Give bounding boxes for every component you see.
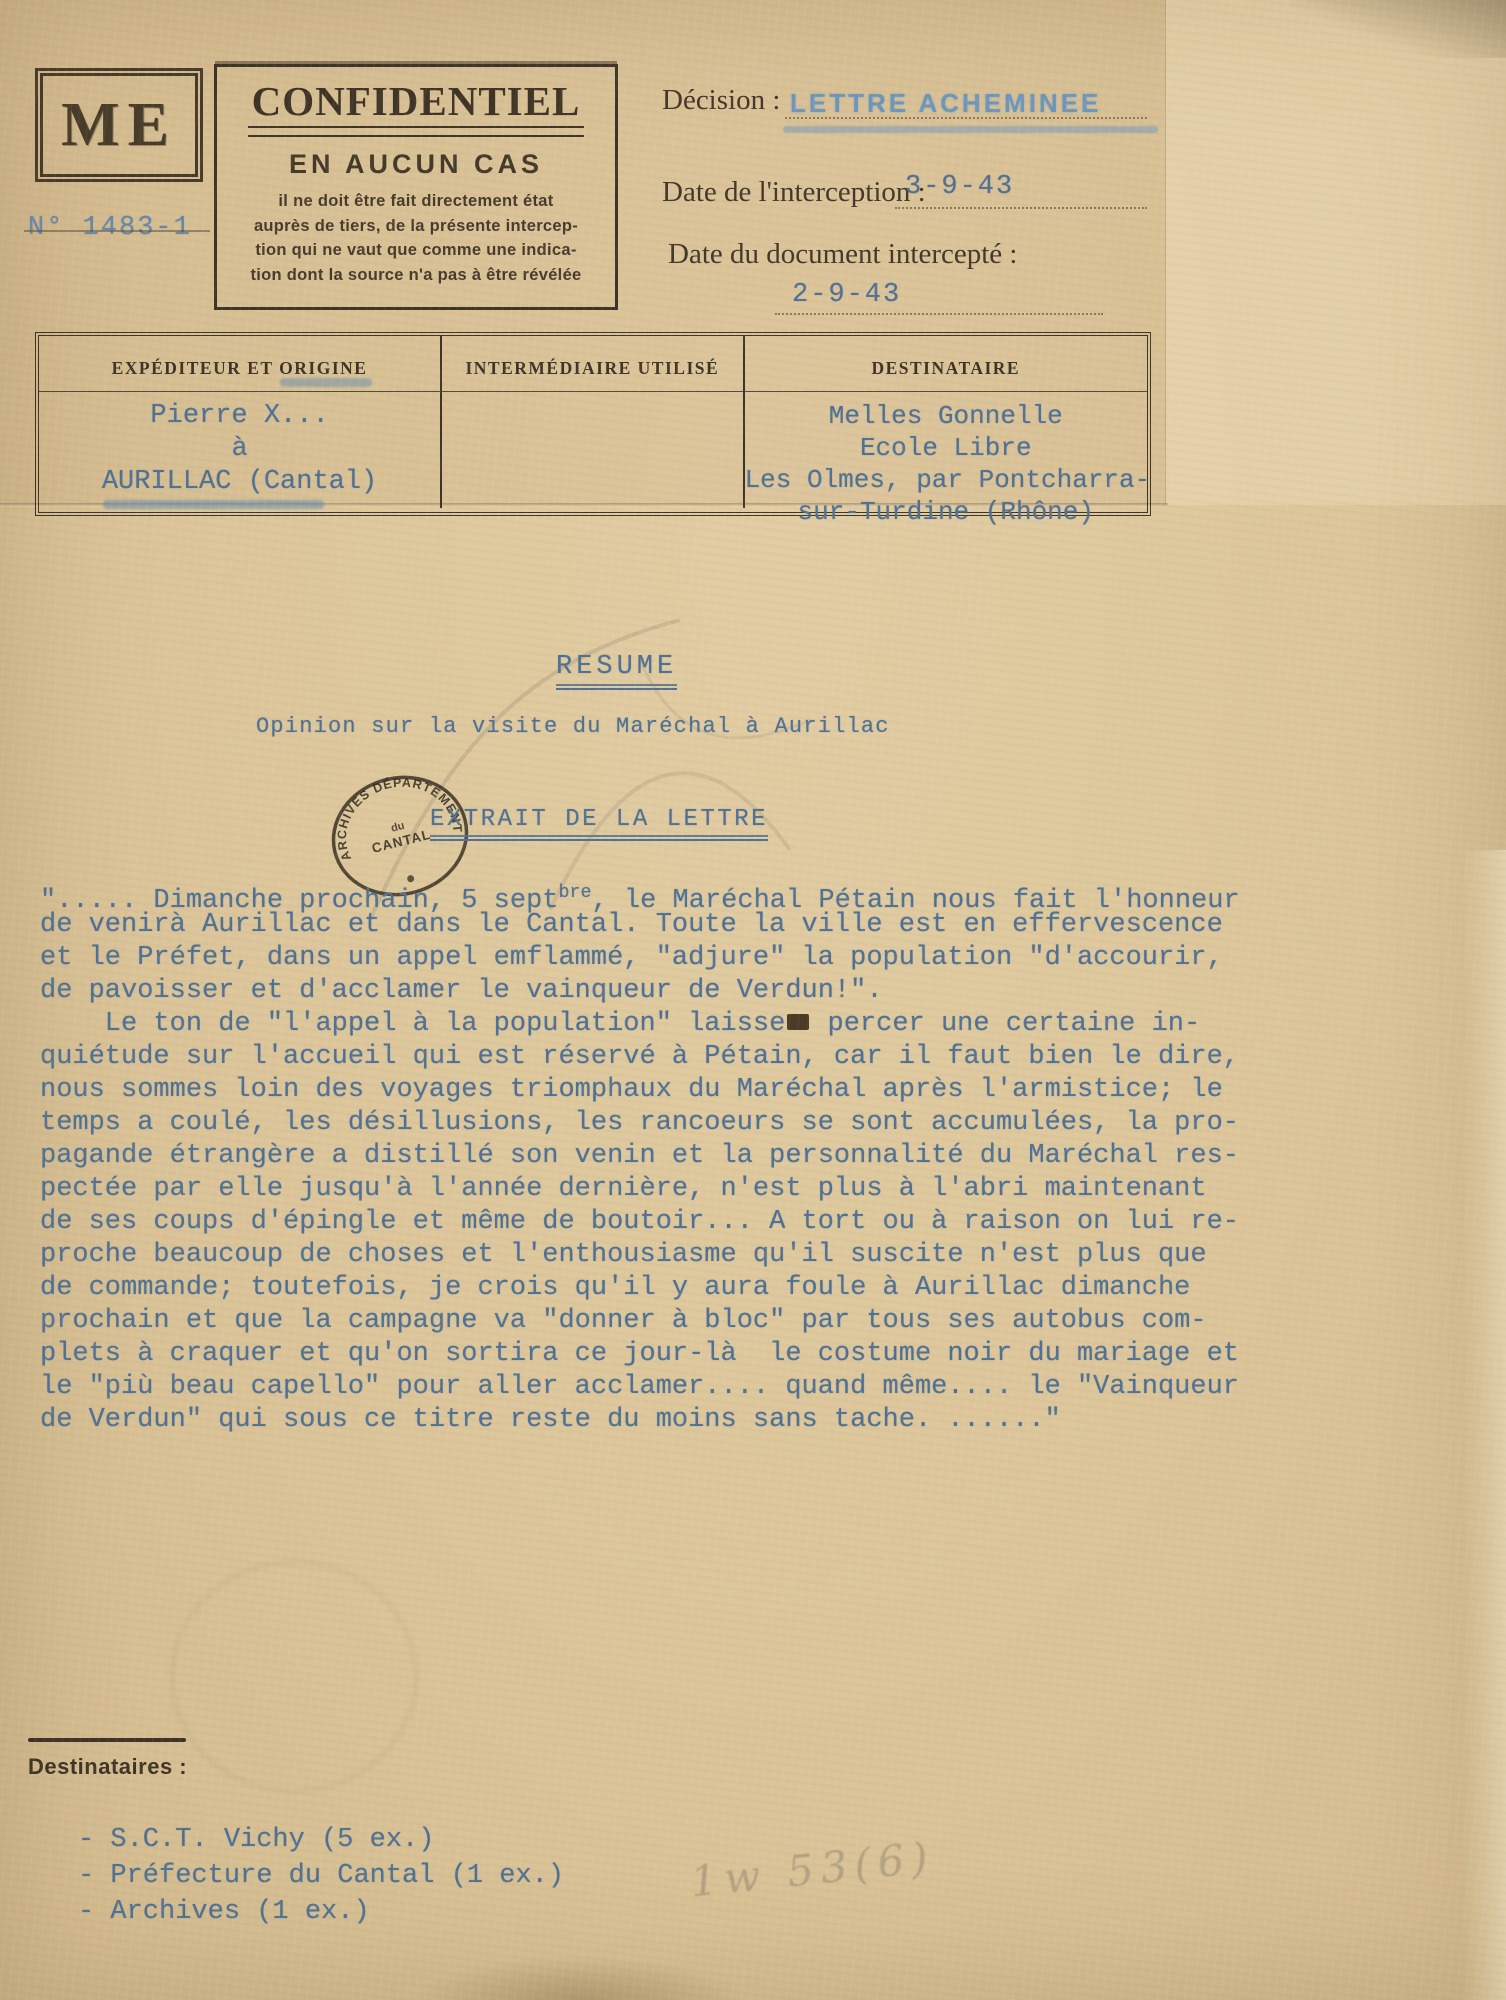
- letter-line: nous sommes loin des voyages triomphaux …: [40, 1074, 1280, 1107]
- right-paper-edge: [1462, 850, 1506, 2000]
- destinataire-item: - Archives (1 ex.): [78, 1894, 564, 1930]
- destinataire-line: Les Olmes, par Pontcharra-: [745, 464, 1147, 496]
- letter-opening-superscript: bre: [558, 882, 591, 903]
- expediteur-cell: Pierre X... à AURILLAC (Cantal): [39, 392, 440, 508]
- extract-heading: EXTRAIT DE LA LETTRE: [430, 806, 768, 841]
- confidentiel-notice: il ne doit être fait directement état au…: [217, 189, 615, 287]
- confidentiel-box: CONFIDENTIEL EN AUCUN CAS il ne doit êtr…: [214, 64, 618, 310]
- decision-dotted-line: [785, 117, 1147, 119]
- confidentiel-title: CONFIDENTIEL: [217, 77, 615, 125]
- destinataire-cell: Melles Gonnelle Ecole Libre Les Olmes, p…: [743, 392, 1147, 508]
- destinataires-list: - S.C.T. Vichy (5 ex.) - Préfecture du C…: [78, 1822, 564, 1930]
- destinataire-line: sur-Turdine (Rhône): [745, 496, 1147, 528]
- letter-line: proche beaucoup de choses et l'enthousia…: [40, 1239, 1280, 1272]
- destinataire-line: Ecole Libre: [745, 432, 1147, 464]
- letter-line: de pavoisser et d'acclamer le vainqueur …: [40, 975, 1280, 1008]
- letter-line: plets à craquer et qu'on sortira ce jour…: [40, 1338, 1280, 1371]
- under-sheet-edge: [1165, 0, 1506, 505]
- letter-line: de Verdun" qui sous ce titre reste du mo…: [40, 1404, 1280, 1437]
- intermediaire-cell: [440, 392, 742, 508]
- routing-table: EXPÉDITEUR ET ORIGINE INTERMÉDIAIRE UTIL…: [35, 332, 1151, 516]
- letter-line: et le Préfet, dans un appel emflammé, "a…: [40, 942, 1280, 975]
- destinataire-item: - S.C.T. Vichy (5 ex.): [78, 1822, 564, 1858]
- origine-blue-smear: [280, 378, 372, 387]
- confidentiel-subtitle: EN AUCUN CAS: [217, 149, 615, 180]
- resume-heading-text: RESUME: [556, 652, 677, 690]
- letter-line: prochain et que la campagne va "donner à…: [40, 1305, 1280, 1338]
- column-header-expediteur: EXPÉDITEUR ET ORIGINE: [39, 336, 440, 392]
- ghost-stamp-bleedthrough: [170, 1560, 418, 1793]
- letter-line: Le ton de "l'appel à la population" lais…: [40, 1008, 1280, 1041]
- letter-line: de ses coups d'épingle et même de boutoi…: [40, 1206, 1280, 1239]
- destinataire-item: - Préfecture du Cantal (1 ex.): [78, 1858, 564, 1894]
- intercepted-letter-document: ME N° 1483-1 CONFIDENTIEL EN AUCUN CAS i…: [0, 0, 1506, 2000]
- decision-stamp: LETTRE ACHEMINEE: [790, 88, 1101, 119]
- decision-label: Décision :: [662, 84, 780, 117]
- column-header-intermediaire: INTERMÉDIAIRE UTILISÉ: [440, 336, 742, 392]
- overstrike-mark: [787, 1014, 809, 1030]
- destinataires-label: Destinataires :: [28, 1754, 187, 1780]
- letter-line: de commande; toutefois, je crois qu'il y…: [40, 1272, 1280, 1305]
- confidentiel-notice-line: tion qui ne vaut que comme une indica-: [217, 238, 615, 263]
- expediteur-line: AURILLAC (Cantal): [39, 466, 440, 499]
- letter-ton-pre: Le ton de "l'appel à la population" lais…: [40, 1009, 785, 1039]
- aurillac-blue-underline: [103, 500, 324, 509]
- me-stamp-text: ME: [61, 90, 177, 161]
- destinataire-line: Melles Gonnelle: [745, 400, 1147, 432]
- resume-heading: RESUME: [556, 652, 677, 690]
- pencil-archive-note: 1w 53(6): [688, 1832, 937, 1906]
- confidentiel-underline: [248, 126, 584, 137]
- letter-line: temps a coulé, les désillusions, les ran…: [40, 1107, 1280, 1140]
- interception-date-value: 3-9-43: [905, 172, 1014, 202]
- document-date-value: 2-9-43: [792, 280, 901, 310]
- letter-line: le "più beau capello" pour aller acclame…: [40, 1371, 1280, 1404]
- interception-date-label: Date de l'interception :: [662, 176, 926, 209]
- document-date-label: Date du document intercepté :: [668, 238, 1017, 271]
- column-header-intermediaire-text: INTERMÉDIAIRE UTILISÉ: [465, 358, 719, 378]
- top-right-corner-shadow: [1290, 0, 1506, 58]
- letter-body: "..... Dimanche prochain, 5 septbre, le …: [40, 876, 1280, 1437]
- confidentiel-notice-line: auprès de tiers, de la présente intercep…: [217, 214, 615, 239]
- interception-dotted-line: [895, 207, 1147, 209]
- letter-line: "..... Dimanche prochain, 5 septbre, le …: [40, 876, 1280, 909]
- letter-line: pectée par elle jusqu'à l'année dernière…: [40, 1173, 1280, 1206]
- footer-rule: [28, 1738, 186, 1742]
- letter-line: de venirà Aurillac et dans le Cantal. To…: [40, 909, 1280, 942]
- letter-line: pagande étrangère a distillé son venin e…: [40, 1140, 1280, 1173]
- subject-line: Opinion sur la visite du Maréchal à Auri…: [256, 714, 890, 739]
- expediteur-line: à: [39, 433, 440, 466]
- confidentiel-notice-line: il ne doit être fait directement état: [217, 189, 615, 214]
- document-date-dotted-line: [775, 313, 1103, 315]
- extract-heading-text: EXTRAIT DE LA LETTRE: [430, 806, 768, 841]
- me-stamp: ME: [35, 68, 203, 182]
- column-header-destinataire-text: DESTINATAIRE: [871, 358, 1020, 378]
- document-number: N° 1483-1: [28, 213, 192, 243]
- column-header-expediteur-text: EXPÉDITEUR ET ORIGINE: [112, 358, 368, 378]
- letter-line: quiétude sur l'accueil qui est réservé à…: [40, 1041, 1280, 1074]
- letter-ton-post: percer une certaine in-: [811, 1009, 1200, 1039]
- expediteur-line: Pierre X...: [39, 400, 440, 433]
- column-header-destinataire: DESTINATAIRE: [743, 336, 1147, 392]
- bottom-torn-edge: [420, 1956, 740, 2000]
- decision-stamp-smear: [783, 126, 1158, 133]
- confidentiel-notice-line: tion dont la source n'a pas à être révél…: [217, 263, 615, 288]
